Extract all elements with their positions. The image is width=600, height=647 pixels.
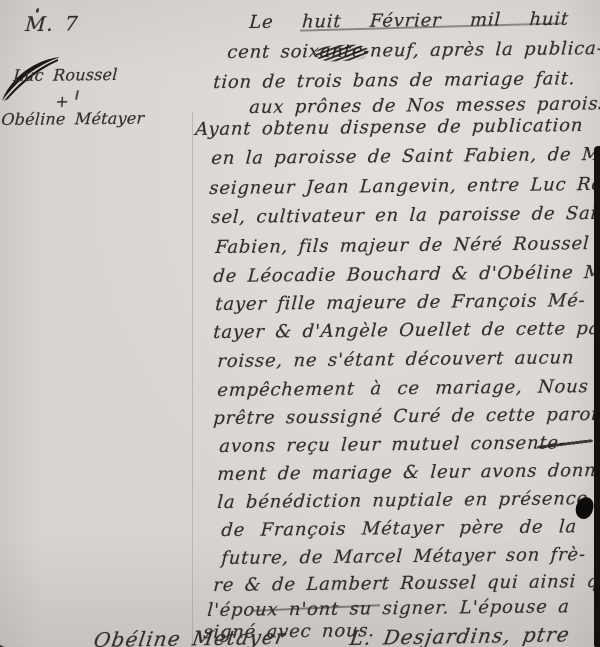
body-line: prêtre soussigné Curé de cette paroisse	[213, 404, 600, 429]
body-line: Le huit Février mil huit	[249, 9, 570, 33]
scanned-marriage-record: M. 7 Luc Roussel + Obéline Métayer Le hu…	[0, 0, 600, 647]
act-number: M. 7	[25, 11, 80, 36]
body-line: ment de mariage & leur avons donné	[217, 460, 600, 485]
body-line: avons reçu leur mutuel consente-	[219, 432, 567, 457]
margin-bride-name: Obéline Métayer	[1, 109, 145, 130]
body-line: de François Métayer père de la	[221, 516, 578, 541]
cut-off-mark	[0, 631, 24, 647]
body-line: future, de Marcel Métayer son frè-	[221, 544, 587, 569]
body-line: aux prônes de Nos messes paroissiales	[249, 93, 600, 118]
signature-officiant: L. Desjardins, ptre	[348, 622, 572, 647]
body-line: en la paroisse de Saint Fabien, de Mon-	[211, 144, 600, 169]
body-line: tayer & d'Angèle Ouellet de cette pa-	[213, 318, 600, 343]
body-line: seigneur Jean Langevin, entre Luc Rous-	[209, 174, 600, 199]
signature-bride: Obéline Métayer	[92, 625, 288, 647]
body-line: re & de Lambert Roussel qui ainsi que	[213, 571, 600, 596]
body-line: Ayant obtenu dispense de publication	[195, 115, 584, 140]
margin-rule-line	[192, 112, 193, 647]
body-line: de Léocadie Bouchard & d'Obéline Mé-	[213, 262, 600, 287]
body-line: la bénédiction nuptiale en présence	[217, 488, 589, 513]
body-line: Fabien, fils majeur de Néré Roussel &	[215, 233, 600, 258]
margin-union-mark: +	[55, 92, 70, 111]
body-line: sel, cultivateur en la paroisse de Saint	[211, 203, 600, 228]
body-line: cent soixante-neuf, après la publica-	[227, 38, 600, 63]
margin-groom-name: Luc Roussel	[13, 65, 118, 85]
pen-tick	[75, 90, 79, 100]
body-line: tion de trois bans de mariage fait.	[213, 68, 576, 93]
right-edge-shadow	[594, 146, 600, 647]
body-line: empêchement à ce mariage, Nous	[217, 376, 590, 401]
body-line: roisse, ne s'étant découvert aucun	[217, 347, 575, 372]
body-line: tayer fille majeure de François Mé-	[215, 290, 586, 315]
